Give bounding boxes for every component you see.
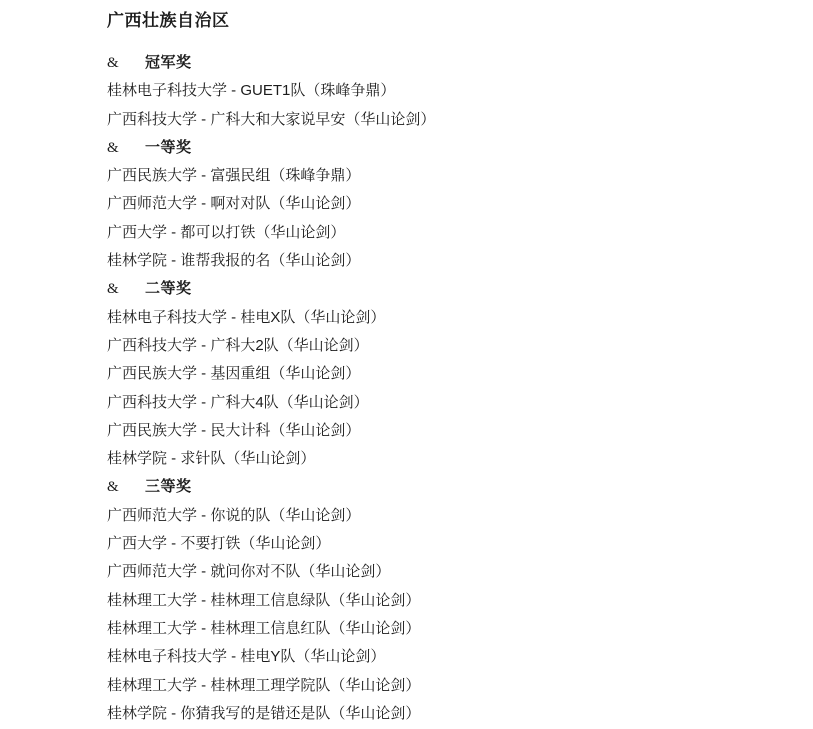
page-title: 广西壮族自治区 — [107, 11, 793, 30]
award-title: 一等奖 — [145, 139, 192, 156]
team-entry: 桂林理工大学 - 桂林理工信息绿队（华山论剑） — [107, 587, 793, 615]
award-section-header: &三等奖 — [107, 473, 793, 501]
team-entry: 广西科技大学 - 广科大和大家说早安（华山论剑） — [107, 106, 793, 134]
team-entry: 广西民族大学 - 基因重组（华山论剑） — [107, 360, 793, 388]
team-entry: 广西师范大学 - 啊对对队（华山论剑） — [107, 190, 793, 218]
team-entry: 桂林学院 - 谁帮我报的名（华山论剑） — [107, 247, 793, 275]
team-entry: 桂林理工大学 - 桂林理工信息红队（华山论剑） — [107, 615, 793, 643]
team-entry: 桂林理工大学 - 桂林理工理学院队（华山论剑） — [107, 672, 793, 700]
award-title: 二等奖 — [145, 280, 192, 297]
award-section-header: &一等奖 — [107, 134, 793, 162]
team-entry: 桂林电子科技大学 - GUET1队（珠峰争鼎） — [107, 77, 793, 105]
team-entry: 广西师范大学 - 就问你对不队（华山论剑） — [107, 558, 793, 586]
award-section-header: &二等奖 — [107, 275, 793, 303]
team-entry: 广西民族大学 - 民大计科（华山论剑） — [107, 417, 793, 445]
team-entry: 桂林电子科技大学 - 桂电X队（华山论剑） — [107, 304, 793, 332]
award-title: 三等奖 — [145, 478, 192, 495]
team-entry: 广西科技大学 - 广科大2队（华山论剑） — [107, 332, 793, 360]
award-section-header: &冠军奖 — [107, 49, 793, 77]
team-entry: 广西师范大学 - 你说的队（华山论剑） — [107, 502, 793, 530]
team-entry: 桂林学院 - 求针队（华山论剑） — [107, 445, 793, 473]
team-entry: 桂林学院 - 你猜我写的是错还是队（华山论剑） — [107, 700, 793, 728]
team-entry: 广西民族大学 - 富强民组（珠峰争鼎） — [107, 162, 793, 190]
list-bullet: & — [107, 473, 145, 501]
document-page: 广西壮族自治区 &冠军奖 桂林电子科技大学 - GUET1队（珠峰争鼎） 广西科… — [0, 0, 813, 729]
list-bullet: & — [107, 49, 145, 77]
award-title: 冠军奖 — [145, 54, 192, 71]
list-bullet: & — [107, 134, 145, 162]
team-entry: 桂林电子科技大学 - 桂电Y队（华山论剑） — [107, 643, 793, 671]
team-entry: 广西科技大学 - 广科大4队（华山论剑） — [107, 389, 793, 417]
team-entry: 广西大学 - 都可以打铁（华山论剑） — [107, 219, 793, 247]
list-bullet: & — [107, 275, 145, 303]
team-entry: 广西大学 - 不要打铁（华山论剑） — [107, 530, 793, 558]
